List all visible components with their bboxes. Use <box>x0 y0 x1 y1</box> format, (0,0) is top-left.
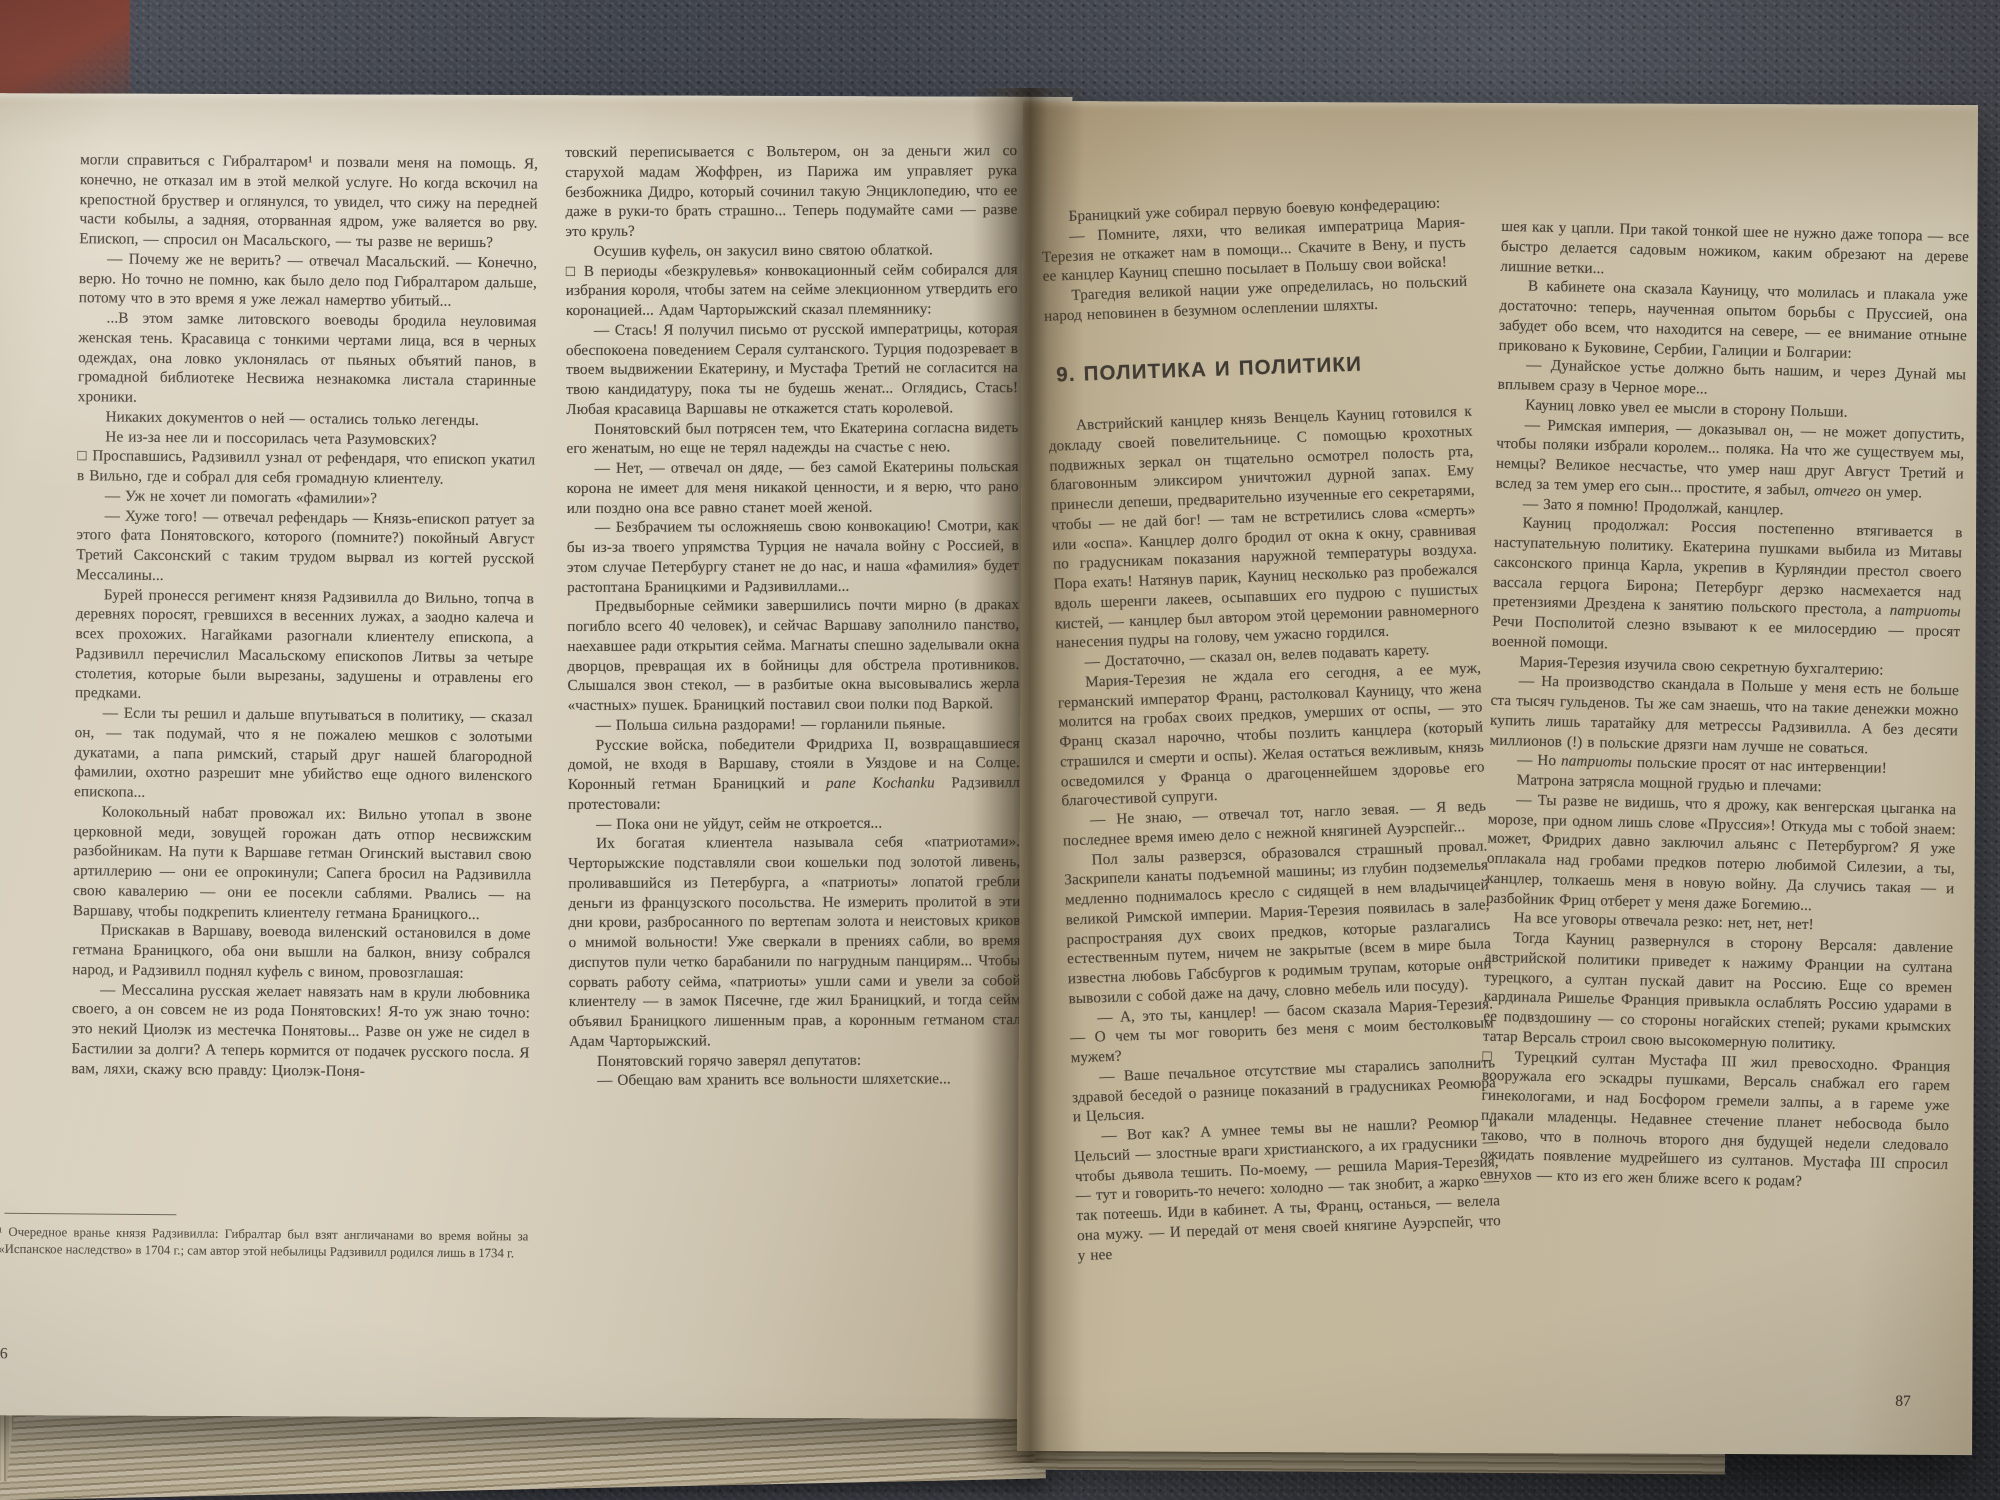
paragraph: В кабинете она сказала Кауницу, что моли… <box>1498 276 1968 366</box>
page-number-left: 6 <box>0 1345 8 1363</box>
left-page-column-1: могли справиться с Гибралтаром¹ и позвал… <box>71 150 539 1164</box>
paragraph: Осушив куфель, он закусил вино святою об… <box>566 240 1018 262</box>
paragraph: Русские войска, победители Фридриха II, … <box>568 734 1020 815</box>
paragraph: Прискакав в Варшаву, воевода виленский о… <box>72 920 531 984</box>
paragraph: □ Проспавшись, Радзивилл узнал от рефенд… <box>77 446 535 490</box>
paragraph: могли справиться с Гибралтаром¹ и позвал… <box>79 150 538 253</box>
photo-background: { "photo": { "background": { "fabric_bas… <box>0 0 2000 1500</box>
paragraph: — Ты разве не видишь, что я дрожу, как в… <box>1486 789 1957 918</box>
left-page-column-2: товский переписывается с Вольтером, он з… <box>565 141 1023 1421</box>
paragraph: Австрийский канцлер князь Венцель Кауниц… <box>1048 402 1480 654</box>
paragraph: — Обещаю вам хранить все вольности шляхе… <box>569 1069 1021 1091</box>
paragraph: товский переписывается с Вольтером, он з… <box>565 141 1017 242</box>
paragraph: Колокольный набат провожал их: Вильно ут… <box>73 802 532 925</box>
right-page-column-1: Браницкий уже собирал первую боевую конф… <box>1040 193 1509 1477</box>
paragraph: Бурей пронесся регимент князя Радзивилла… <box>75 585 534 708</box>
paragraph: — Польша сильна раздорами! — горланили п… <box>568 714 1020 736</box>
paragraph: — Нет, — отвечал он дяде, — без самой Ек… <box>567 457 1019 518</box>
paragraph: — Если ты решил и дальше впутываться в п… <box>74 703 533 806</box>
right-page-column-2: шея как у цапли. При такой тонкой шее не… <box>1474 217 1969 1432</box>
paragraph: — Римская империя, — доказывал он, — не … <box>1495 414 1965 504</box>
paragraph: шея как у цапли. При такой тонкой шее не… <box>1500 217 1969 287</box>
paragraph: Понятовский был потрясен тем, что Екатер… <box>566 418 1018 459</box>
paragraph: — Почему же не верить? — отвечал Масальс… <box>79 249 538 313</box>
paragraph: Понятовский горячо заверял депутатов: <box>569 1050 1021 1072</box>
page-number-right: 87 <box>1895 1393 1911 1411</box>
paragraph: — Хуже того! — отвечал рефендарь — Князь… <box>76 506 535 589</box>
paragraph: — Мессалина русская желает навязать нам … <box>71 980 530 1083</box>
book-page-right: Браницкий уже собирал первую боевую конф… <box>1017 101 1978 1455</box>
chapter-heading: 9. ПОЛИТИКА И ПОЛИТИКИ <box>1056 347 1471 388</box>
paragraph: □ В периоды «безкрулевья» конвокационный… <box>566 260 1018 321</box>
paragraph: Тогда Кауниц развернулся в сторону Верса… <box>1483 928 1954 1057</box>
paragraph: Кауниц продолжал: Россия постепенно втяг… <box>1492 513 1963 662</box>
paragraph: Мария-Терезия не ждала его сегодня, а ее… <box>1057 658 1486 811</box>
paragraph: — Пока они не уйдут, сейм не откроется..… <box>568 813 1020 835</box>
paragraph: — Стась! Я получил письмо от русской имп… <box>566 319 1018 420</box>
paragraph: □ Турецкий султан Мустафа III жил превос… <box>1480 1046 1951 1195</box>
paragraph: — Безбрачием ты осложняешь свою конвокац… <box>567 516 1019 597</box>
paragraph: Предвыборные сеймики завершились почти м… <box>567 595 1020 715</box>
paragraph: Их богатая клиентела называла себя «патр… <box>568 832 1021 1051</box>
footnote-text: ¹ Очередное вранье князя Радзивилла: Гиб… <box>0 1224 528 1263</box>
paragraph: — На производство скандала в Польше у ме… <box>1489 671 1959 761</box>
book-page-left: могли справиться с Гибралтаром¹ и позвал… <box>0 93 1072 1419</box>
paragraph: ...В этом замке литовского воеводы броди… <box>78 308 537 411</box>
footnote-rule <box>4 1213 176 1216</box>
paragraph: Пол залы разверзся, образовался страшный… <box>1063 836 1492 1009</box>
paragraph: — Вот как? А умнее темы вы не нашли? Рео… <box>1073 1112 1502 1265</box>
